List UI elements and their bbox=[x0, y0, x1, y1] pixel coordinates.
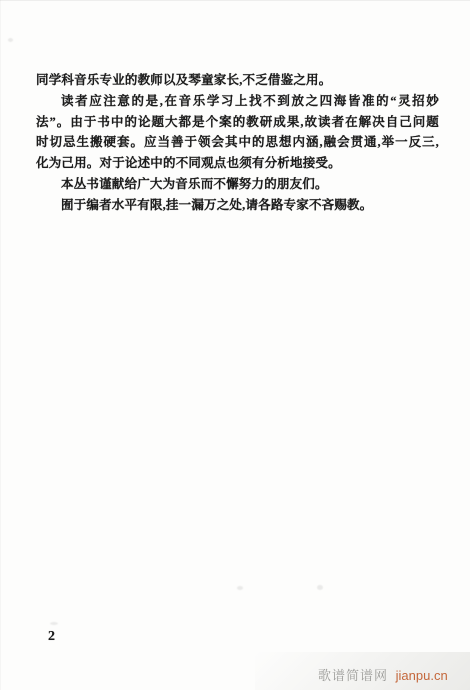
scan-speck bbox=[317, 585, 323, 590]
text-line: 囿于编者水平有限,挂一漏万之处,请各路专家不吝赐教。 bbox=[36, 195, 439, 216]
text-line: 读者应注意的是,在音乐学习上找不到放之四海皆准的“灵招妙 bbox=[36, 91, 439, 112]
body-text: 同学科音乐专业的教师以及琴童家长,不乏借鉴之用。读者应注意的是,在音乐学习上找不… bbox=[36, 70, 439, 216]
watermark: 歌谱简谱网 jianpu.cn bbox=[318, 665, 448, 684]
text-line: 时切忌生搬硬套。应当善于领会其中的思想内涵,融会贯通,举一反三, bbox=[36, 132, 439, 153]
page-number: 2 bbox=[48, 629, 55, 645]
watermark-site-url: jianpu.cn bbox=[396, 668, 448, 683]
book-page: 同学科音乐专业的教师以及琴童家长,不乏借鉴之用。读者应注意的是,在音乐学习上找不… bbox=[0, 0, 470, 690]
text-line: 同学科音乐专业的教师以及琴童家长,不乏借鉴之用。 bbox=[36, 70, 439, 91]
text-line: 本丛书谨献给广大为音乐而不懈努力的朋友们。 bbox=[36, 174, 439, 195]
scan-speck bbox=[50, 622, 58, 625]
scan-speck bbox=[8, 38, 13, 42]
scan-speck bbox=[237, 586, 243, 590]
text-line: 化为己用。对于论述中的不同观点也须有分析地接受。 bbox=[36, 153, 439, 174]
watermark-site-name: 歌谱简谱网 bbox=[318, 668, 388, 683]
text-line: 法”。由于书中的论题大都是个案的教研成果,故读者在解决自己问题 bbox=[36, 112, 439, 133]
